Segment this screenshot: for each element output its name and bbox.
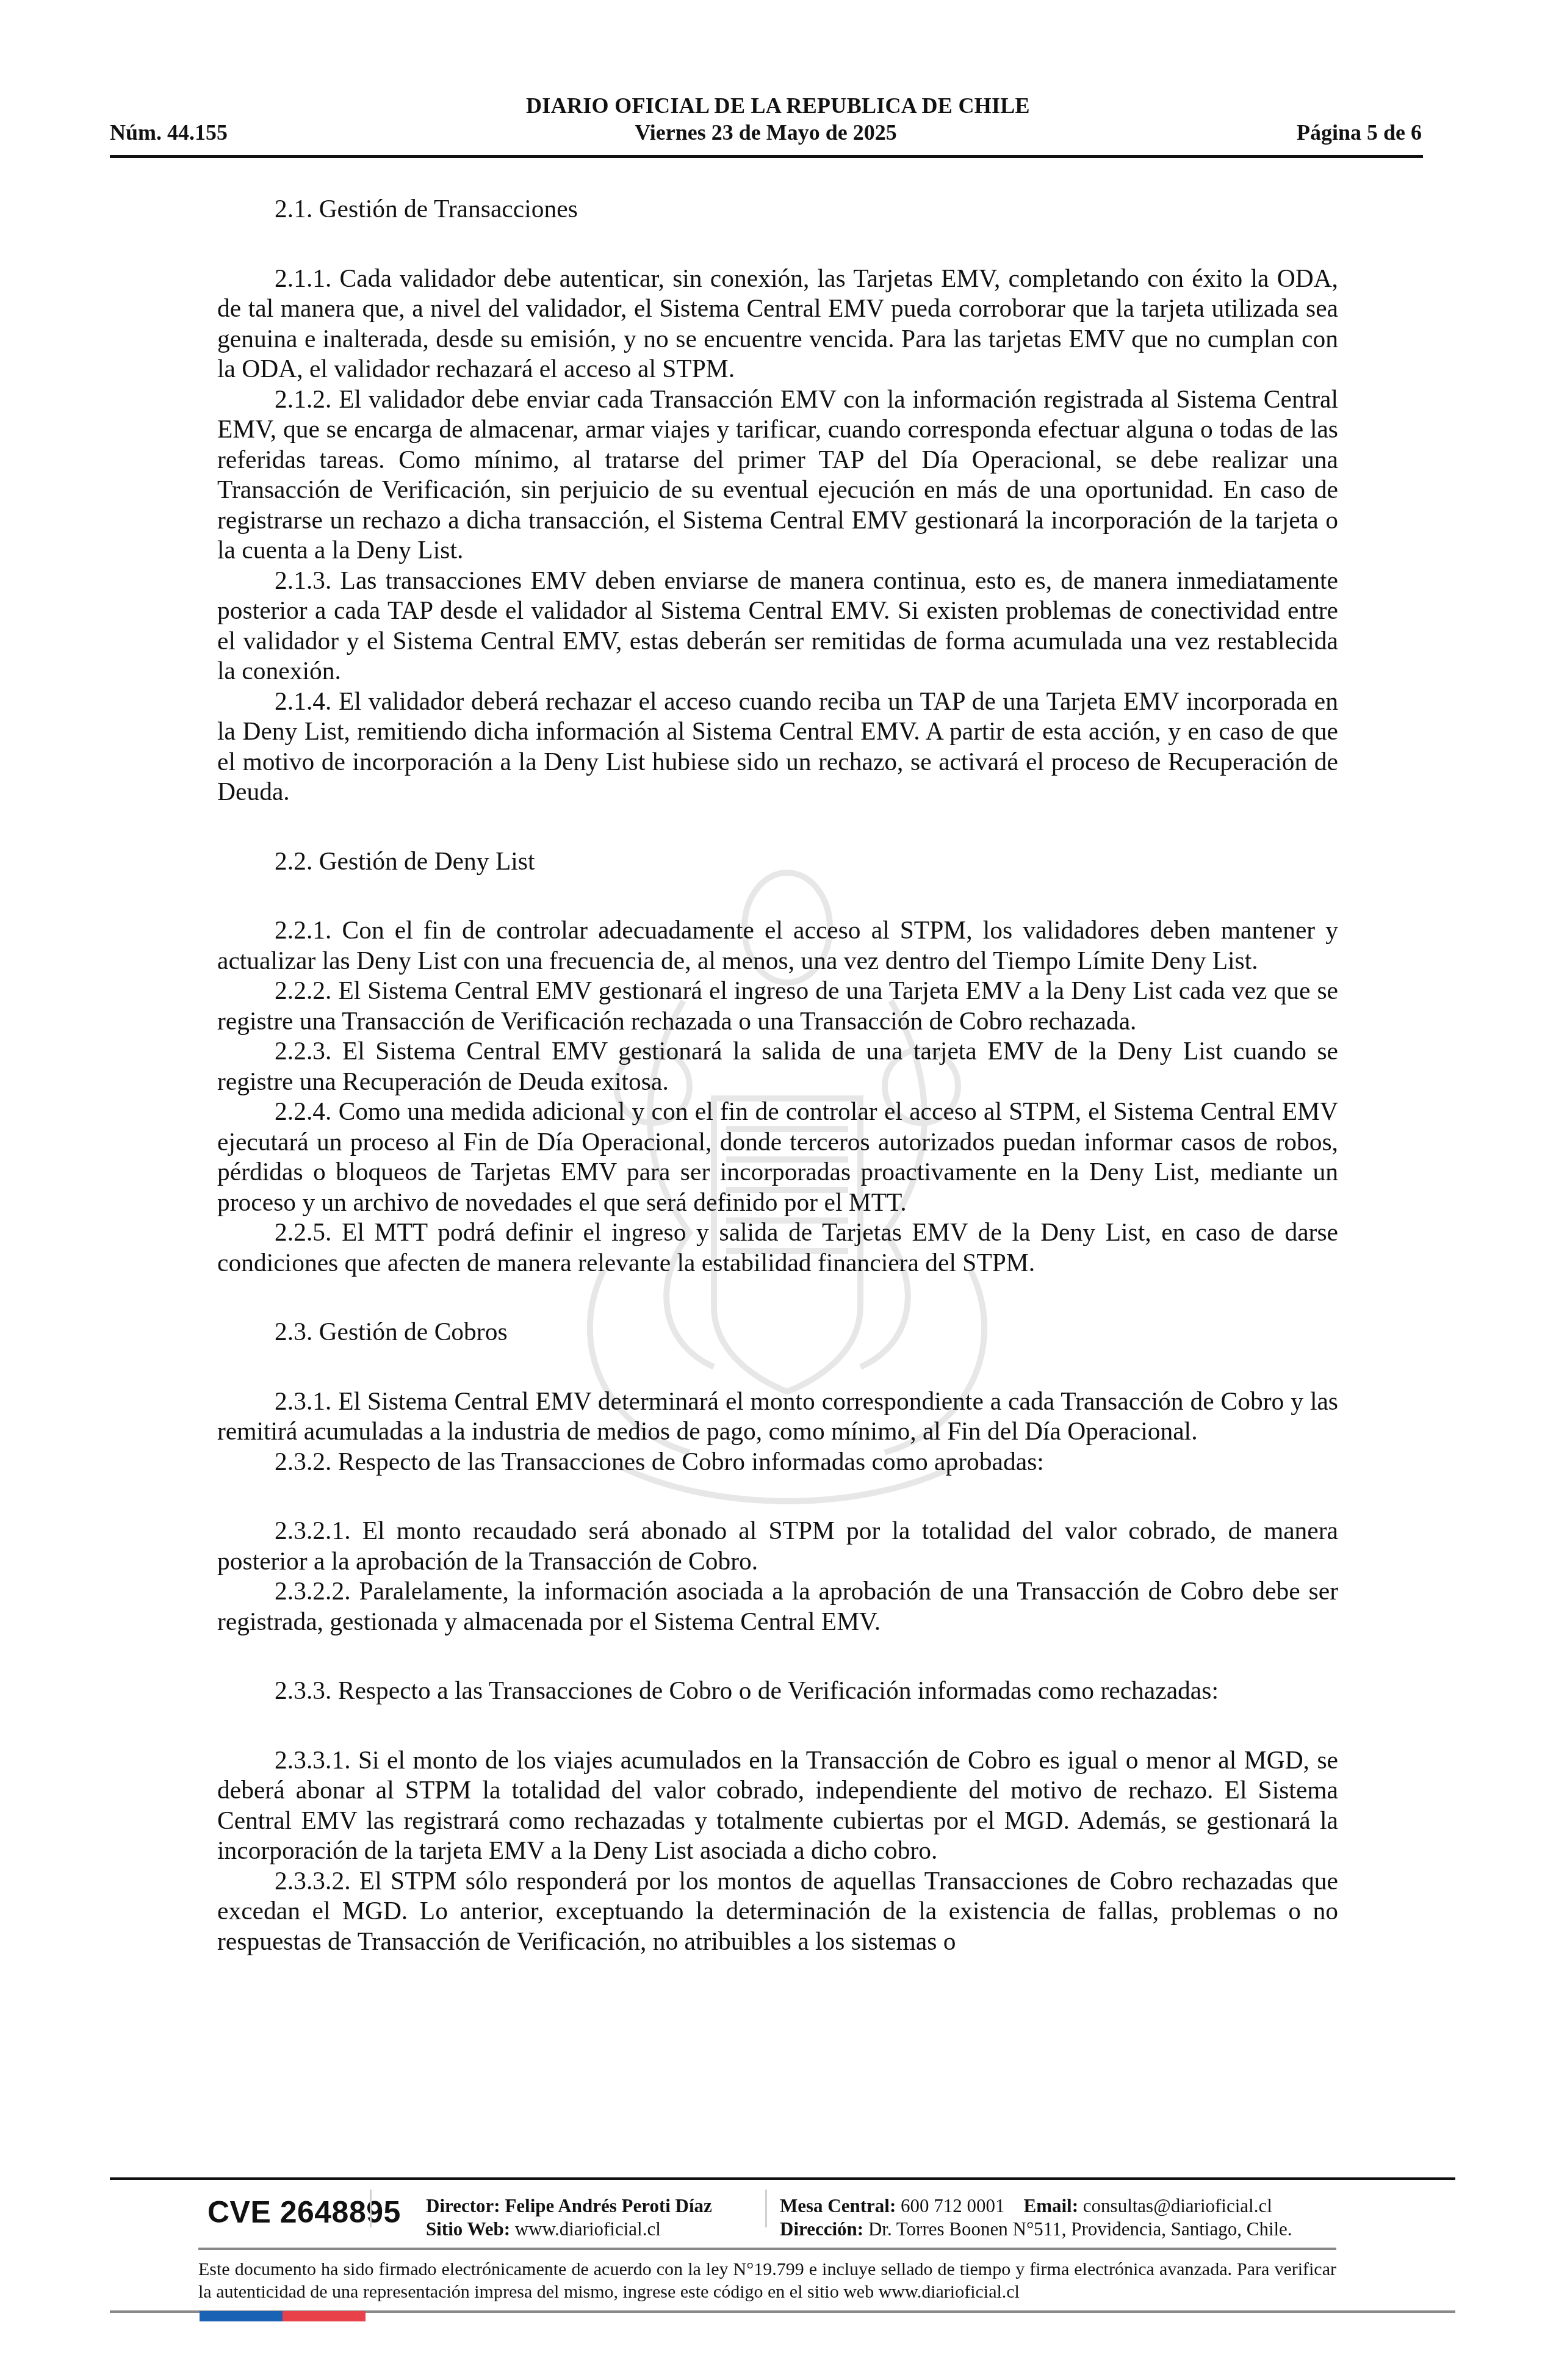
paragraph-2-1-4: 2.1.4. El validador deberá rechazar el a… xyxy=(217,687,1338,807)
section-heading-2-1: 2.1. Gestión de Transacciones xyxy=(217,194,1338,225)
phone-label: Mesa Central: xyxy=(780,2195,896,2216)
paragraph-2-3-2: 2.3.2. Respecto de las Transacciones de … xyxy=(217,1447,1338,1477)
footer-separator xyxy=(370,2190,372,2227)
paragraph-2-3-1: 2.3.1. El Sistema Central EMV determinar… xyxy=(217,1387,1338,1447)
paragraph-2-3-3-2: 2.3.3.2. El STPM sólo responderá por los… xyxy=(217,1866,1338,1957)
footer-separator xyxy=(765,2190,767,2227)
section-heading-2-2: 2.2. Gestión de Deny List xyxy=(217,846,1338,877)
email-link[interactable]: consultas@diarioficial.cl xyxy=(1083,2195,1272,2216)
paragraph-2-2-3: 2.2.3. El Sistema Central EMV gestionará… xyxy=(217,1036,1338,1097)
section-heading-2-3: 2.3. Gestión de Cobros xyxy=(217,1317,1338,1347)
paragraph-2-3-2-1: 2.3.2.1. El monto recaudado será abonado… xyxy=(217,1516,1338,1576)
paragraph-2-1-1: 2.1.1. Cada validador debe autenticar, s… xyxy=(217,264,1338,384)
website-label: Sitio Web: xyxy=(426,2218,510,2240)
flag-stripe-red xyxy=(283,2311,366,2321)
page-indicator: Página 5 de 6 xyxy=(1297,120,1422,145)
electronic-signature-notice: Este documento ha sido firmado electróni… xyxy=(198,2258,1336,2303)
publication-title: DIARIO OFICIAL DE LA REPUBLICA DE CHILE xyxy=(0,93,1556,118)
paragraph-2-2-4: 2.2.4. Como una medida adicional y con e… xyxy=(217,1097,1338,1217)
paragraph-2-3-2-2: 2.3.2.2. Paralelamente, la información a… xyxy=(217,1576,1338,1637)
email-label: Email: xyxy=(1024,2195,1079,2216)
paragraph-2-2-2: 2.2.2. El Sistema Central EMV gestionará… xyxy=(217,976,1338,1036)
footer-divider-middle xyxy=(198,2248,1336,2250)
cve-code: CVE 2648895 xyxy=(207,2194,401,2230)
footer-director-block: Director: Felipe Andrés Peroti Díaz Siti… xyxy=(426,2194,712,2241)
director-label: Director: xyxy=(426,2195,500,2216)
paragraph-2-3-3-1: 2.3.3.1. Si el monto de los viajes acumu… xyxy=(217,1745,1338,1866)
header-divider xyxy=(110,155,1423,158)
footer-contact-block: Mesa Central: 600 712 0001 Email: consul… xyxy=(780,2194,1292,2241)
director-name: Felipe Andrés Peroti Díaz xyxy=(505,2195,712,2216)
paragraph-2-2-5: 2.2.5. El MTT podrá definir el ingreso y… xyxy=(217,1217,1338,1278)
footer-divider-top xyxy=(110,2177,1455,2180)
paragraph-2-1-3: 2.1.3. Las transacciones EMV deben envia… xyxy=(217,566,1338,687)
phone-number: 600 712 0001 xyxy=(901,2195,1005,2216)
website-link[interactable]: www.diarioficial.cl xyxy=(515,2218,661,2240)
header-meta: Núm. 44.155 Viernes 23 de Mayo de 2025 P… xyxy=(110,120,1422,150)
paragraph-2-3-3: 2.3.3. Respecto a las Transacciones de C… xyxy=(217,1676,1338,1706)
flag-stripe-blue xyxy=(200,2311,283,2321)
address-value: Dr. Torres Boonen N°511, Providencia, Sa… xyxy=(868,2218,1292,2240)
paragraph-2-1-2: 2.1.2. El validador debe enviar cada Tra… xyxy=(217,384,1338,566)
address-label: Dirección: xyxy=(780,2218,863,2240)
paragraph-2-2-1: 2.2.1. Con el fin de controlar adecuadam… xyxy=(217,915,1338,976)
issue-date: Viernes 23 de Mayo de 2025 xyxy=(110,120,1422,145)
document-body: 2.1. Gestión de Transacciones 2.1.1. Cad… xyxy=(217,194,1338,1956)
